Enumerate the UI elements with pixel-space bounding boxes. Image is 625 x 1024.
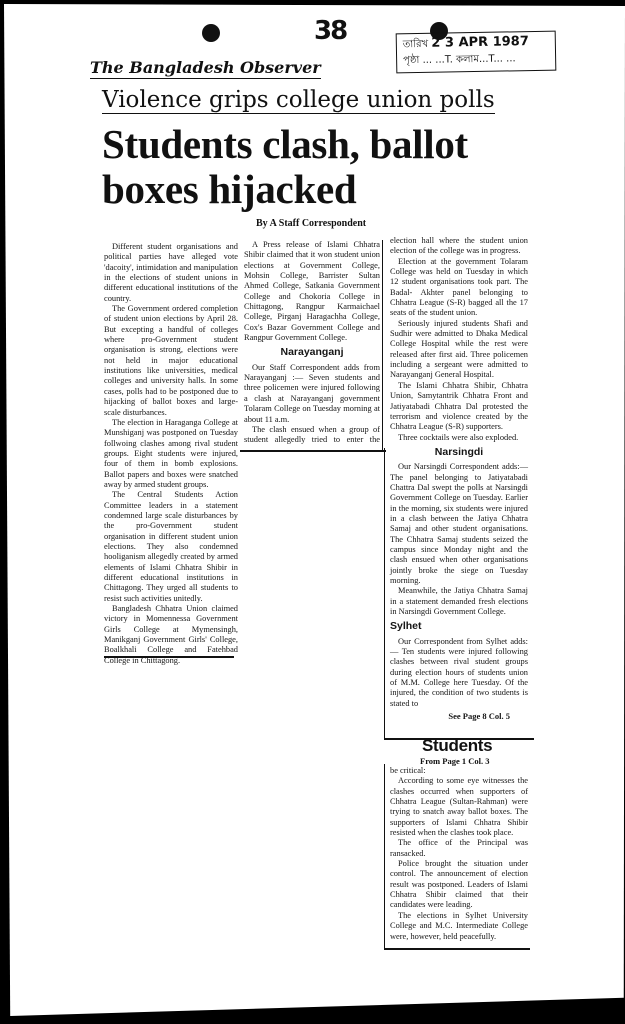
archive-stamp: তারিখ 2 3 APR 1987 পৃষ্ঠা ... ...T. কলাম… [396, 31, 557, 74]
article-column-1: Different student organisations and poli… [104, 242, 238, 666]
continuation-column: be critical: According to some eye witne… [390, 766, 528, 942]
paragraph: Our Narsingdi Correspondent adds:— The p… [390, 462, 528, 586]
paragraph: The Islami Chhatra Shibir, Chhatra Union… [390, 381, 528, 433]
column-divider [104, 656, 234, 658]
continuation-from: From Page 1 Col. 3 [420, 756, 489, 766]
paragraph: The elections in Sylhet University Colle… [390, 911, 528, 942]
article-column-2: A Press release of Islami Chhatra Shibir… [244, 240, 380, 446]
paragraph: Seriously injured students Shafi and Sud… [390, 319, 528, 381]
article-column-3: election hall where the student union el… [390, 236, 528, 721]
paragraph: Election at the government Tolaram Colle… [390, 257, 528, 319]
paragraph: Our Staff Correspondent adds from Naraya… [244, 363, 380, 425]
stamp-page-label: পৃষ্ঠা [403, 55, 419, 66]
paragraph: election hall where the student union el… [390, 236, 528, 257]
paragraph: be critical: [390, 766, 528, 776]
paragraph: Our Correspondent from Sylhet adds:— Ten… [390, 637, 528, 709]
page-number: 38 [314, 16, 346, 46]
column-divider [384, 448, 385, 738]
paragraph: The clash ensued when a group of student… [244, 425, 380, 446]
continuation-heading: Students [422, 736, 492, 756]
paragraph: Meanwhile, the Jatiya Chhatra Samaj in a… [390, 586, 528, 617]
paragraph: Police brought the situation under contr… [390, 859, 528, 911]
newspaper-masthead: The Bangladesh Observer [90, 58, 321, 79]
column-divider [382, 240, 383, 452]
section-heading-narayanganj: Narayanganj [244, 347, 380, 357]
article-kicker: Violence grips college union polls [102, 88, 495, 114]
section-heading-narsingdi: Narsingdi [390, 447, 528, 457]
jump-line: See Page 8 Col. 5 [390, 711, 528, 721]
paragraph: A Press release of Islami Chhatra Shibir… [244, 240, 380, 343]
clip-edge [384, 948, 530, 950]
paragraph: The Central Students Action Committee le… [104, 490, 238, 604]
scanned-newspaper-clipping: 38 তারিখ 2 3 APR 1987 পৃষ্ঠা ... ...T. ক… [4, 4, 625, 1016]
paragraph: The Government ordered completion of stu… [104, 304, 238, 418]
article-byline: By A Staff Correspondent [256, 218, 366, 229]
paragraph: According to some eye witnesses the clas… [390, 776, 528, 838]
column-divider [240, 450, 386, 452]
section-heading-sylhet: Sylhet [390, 621, 528, 631]
paragraph: The office of the Principal was ransacke… [390, 838, 528, 859]
article-headline: Students clash, ballot boxes hijacked [102, 122, 532, 212]
paragraph: The election in Haraganga College at Mun… [104, 418, 238, 490]
paragraph: Different student organisations and poli… [104, 242, 238, 304]
clip-edge [384, 764, 385, 949]
stamp-date-label: তারিখ [403, 39, 429, 50]
punch-hole [202, 24, 220, 42]
paragraph: Three cocktails were also exploded. [390, 433, 528, 443]
stamp-page-value: ... ...T. কলাম...T... ... [422, 53, 515, 66]
stamp-date: 2 3 APR 1987 [431, 34, 529, 51]
